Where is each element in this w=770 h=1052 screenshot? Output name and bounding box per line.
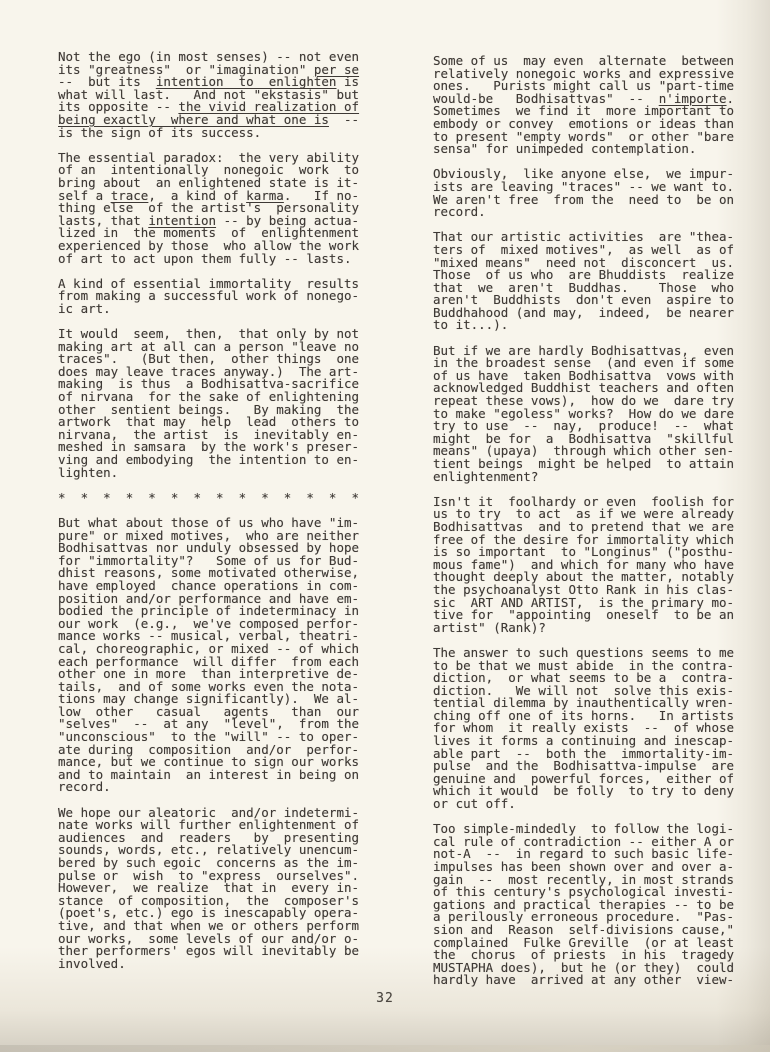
right-text-column: Some of us may even alternate between re… xyxy=(433,55,739,1000)
paragraph: Too simple-mindedly to follow the logi- … xyxy=(433,823,739,987)
paragraph: It would seem, then, that only by not ma… xyxy=(58,328,364,479)
paragraph: That our artistic activities are "thea- … xyxy=(433,231,739,332)
paragraph: The answer to such questions seems to me… xyxy=(433,647,739,811)
paragraph: But if we are hardly Bodhisattvas, even … xyxy=(433,345,739,484)
paragraph: Obviously, like anyone else, we impur- i… xyxy=(433,168,739,218)
left-text-column: Not the ego (in most senses) -- not even… xyxy=(58,51,364,983)
paragraph: But what about those of us who have "im-… xyxy=(58,517,364,794)
paragraph: The essential paradox: the very ability … xyxy=(58,152,364,265)
asterisk-separator: * * * * * * * * * * * * * * xyxy=(58,492,364,505)
paragraph: We hope our aleatoric and/or indetermi- … xyxy=(58,807,364,971)
underlined-text: n'importe xyxy=(659,91,727,106)
paragraph: Not the ego (in most senses) -- not even… xyxy=(58,51,364,139)
underlined-text: being exactly where and what one is xyxy=(58,112,329,127)
underlined-text: trace xyxy=(111,188,149,203)
page-number: 32 xyxy=(0,991,770,1006)
underlined-text: intention to enlighten xyxy=(156,74,337,89)
paragraph: A kind of essential immortality results … xyxy=(58,278,364,316)
paragraph: Isn't it foolhardy or even foolish for u… xyxy=(433,496,739,635)
paragraph: Some of us may even alternate between re… xyxy=(433,55,739,156)
scan-bottom-edge-shadow xyxy=(0,1045,770,1052)
underlined-text: intention xyxy=(148,213,216,228)
scanned-document-page: Not the ego (in most senses) -- not even… xyxy=(0,0,770,1052)
underlined-text: karma xyxy=(246,188,284,203)
